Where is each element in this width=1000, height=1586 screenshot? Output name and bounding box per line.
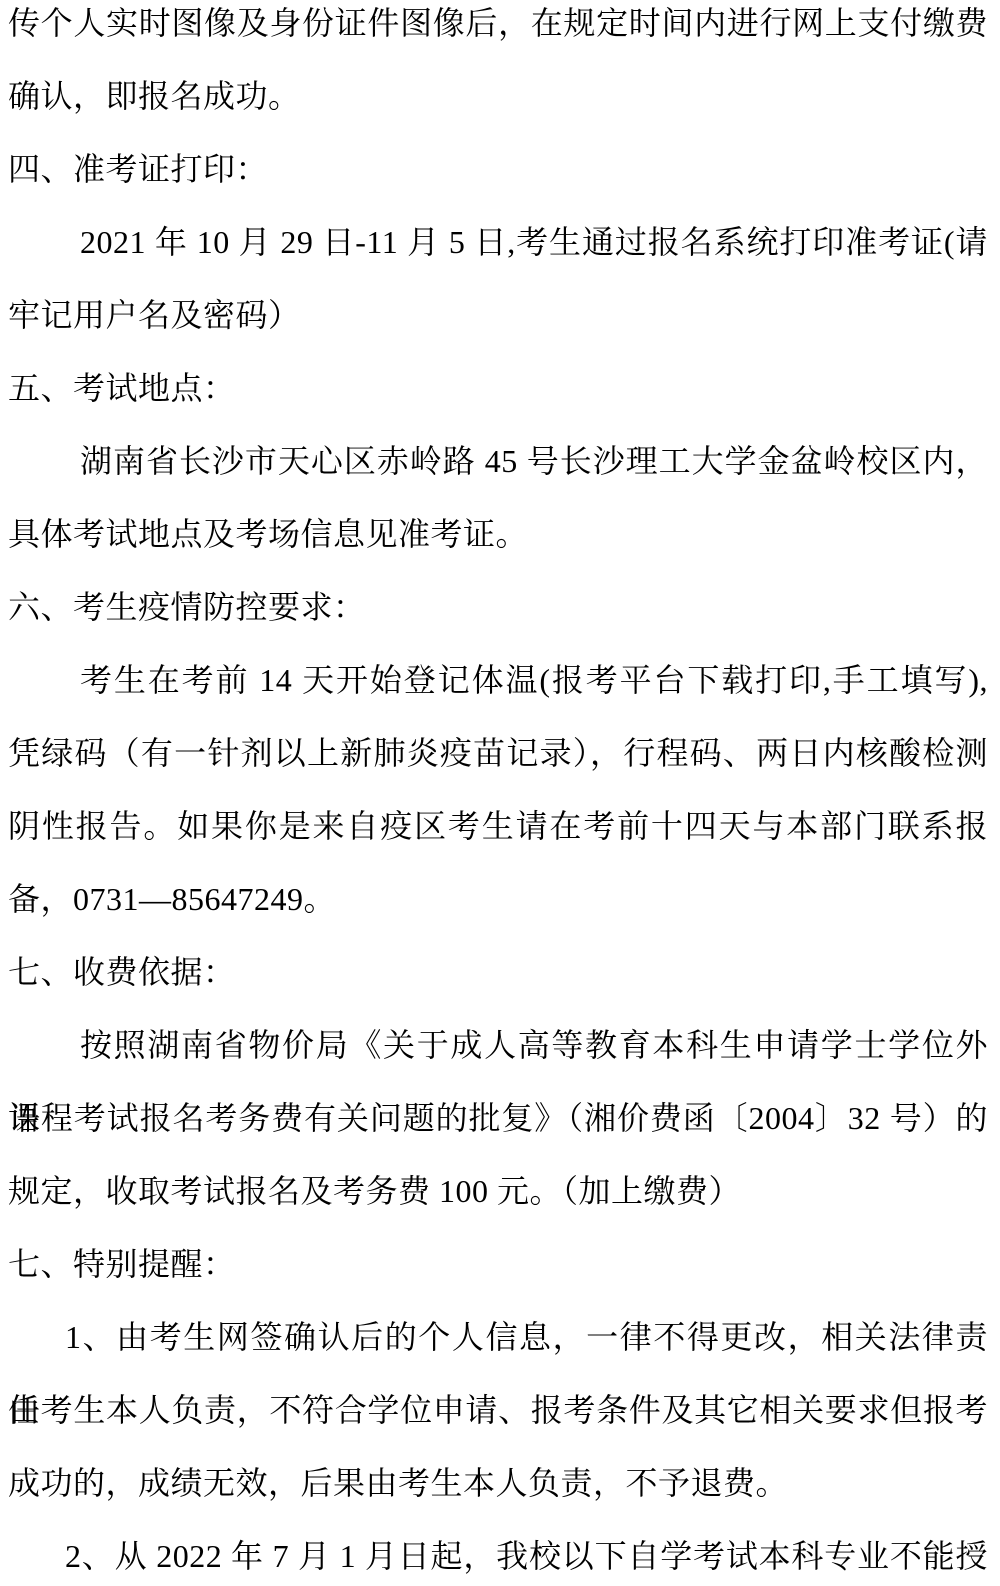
paragraph-line: 凭绿码（有一针剂以上新肺炎疫苗记录），行程码、两日内核酸检测 [8,717,988,790]
paragraph-line: 备，0731—85647249。 [8,863,988,936]
list-item-line: 2、从 2022 年 7 月 1 月日起，我校以下自学考试本科专业不能授 [8,1520,988,1586]
paragraph-line: 湖南省长沙市天心区赤岭路 45 号长沙理工大学金盆岭校区内， [8,425,988,498]
section-heading: 七、特别提醒： [8,1228,988,1301]
paragraph-line: 具体考试地点及考场信息见准考证。 [8,498,988,571]
paragraph-line: 确认，即报名成功。 [8,60,988,133]
paragraph-line: 规定，收取考试报名及考务费 100 元。（加上缴费） [8,1155,988,1228]
section-heading: 四、准考证打印： [8,133,988,206]
paragraph-line: 阴性报告。如果你是来自疫区考生请在考前十四天与本部门联系报 [8,790,988,863]
paragraph-line: 考生在考前 14 天开始登记体温(报考平台下载打印,手工填写), [8,644,988,717]
paragraph-line: 2021 年 10 月 29 日-11 月 5 日,考生通过报名系统打印准考证(… [8,206,988,279]
section-heading: 七、收费依据： [8,936,988,1009]
paragraph-line: 成功的，成绩无效，后果由考生本人负责，不予退费。 [8,1447,988,1520]
document-body: 传个人实时图像及身份证件图像后，在规定时间内进行网上支付缴费 确认，即报名成功。… [0,0,1000,1586]
paragraph-line: 按照湖南省物价局《关于成人高等教育本科生申请学士学位外语 [8,1009,988,1082]
paragraph-line: 传个人实时图像及身份证件图像后，在规定时间内进行网上支付缴费 [8,0,988,60]
paragraph-line: 课程考试报名考务费有关问题的批复》（湘价费函〔2004〕32 号）的 [8,1082,988,1155]
section-heading: 五、考试地点： [8,352,988,425]
paragraph-line: 由考生本人负责，不符合学位申请、报考条件及其它相关要求但报考 [8,1374,988,1447]
paragraph-line: 牢记用户名及密码） [8,279,988,352]
document-page: 传个人实时图像及身份证件图像后，在规定时间内进行网上支付缴费 确认，即报名成功。… [0,0,1000,1586]
list-item-line: 1、由考生网签确认后的个人信息，一律不得更改，相关法律责任 [8,1301,988,1374]
section-heading: 六、考生疫情防控要求： [8,571,988,644]
